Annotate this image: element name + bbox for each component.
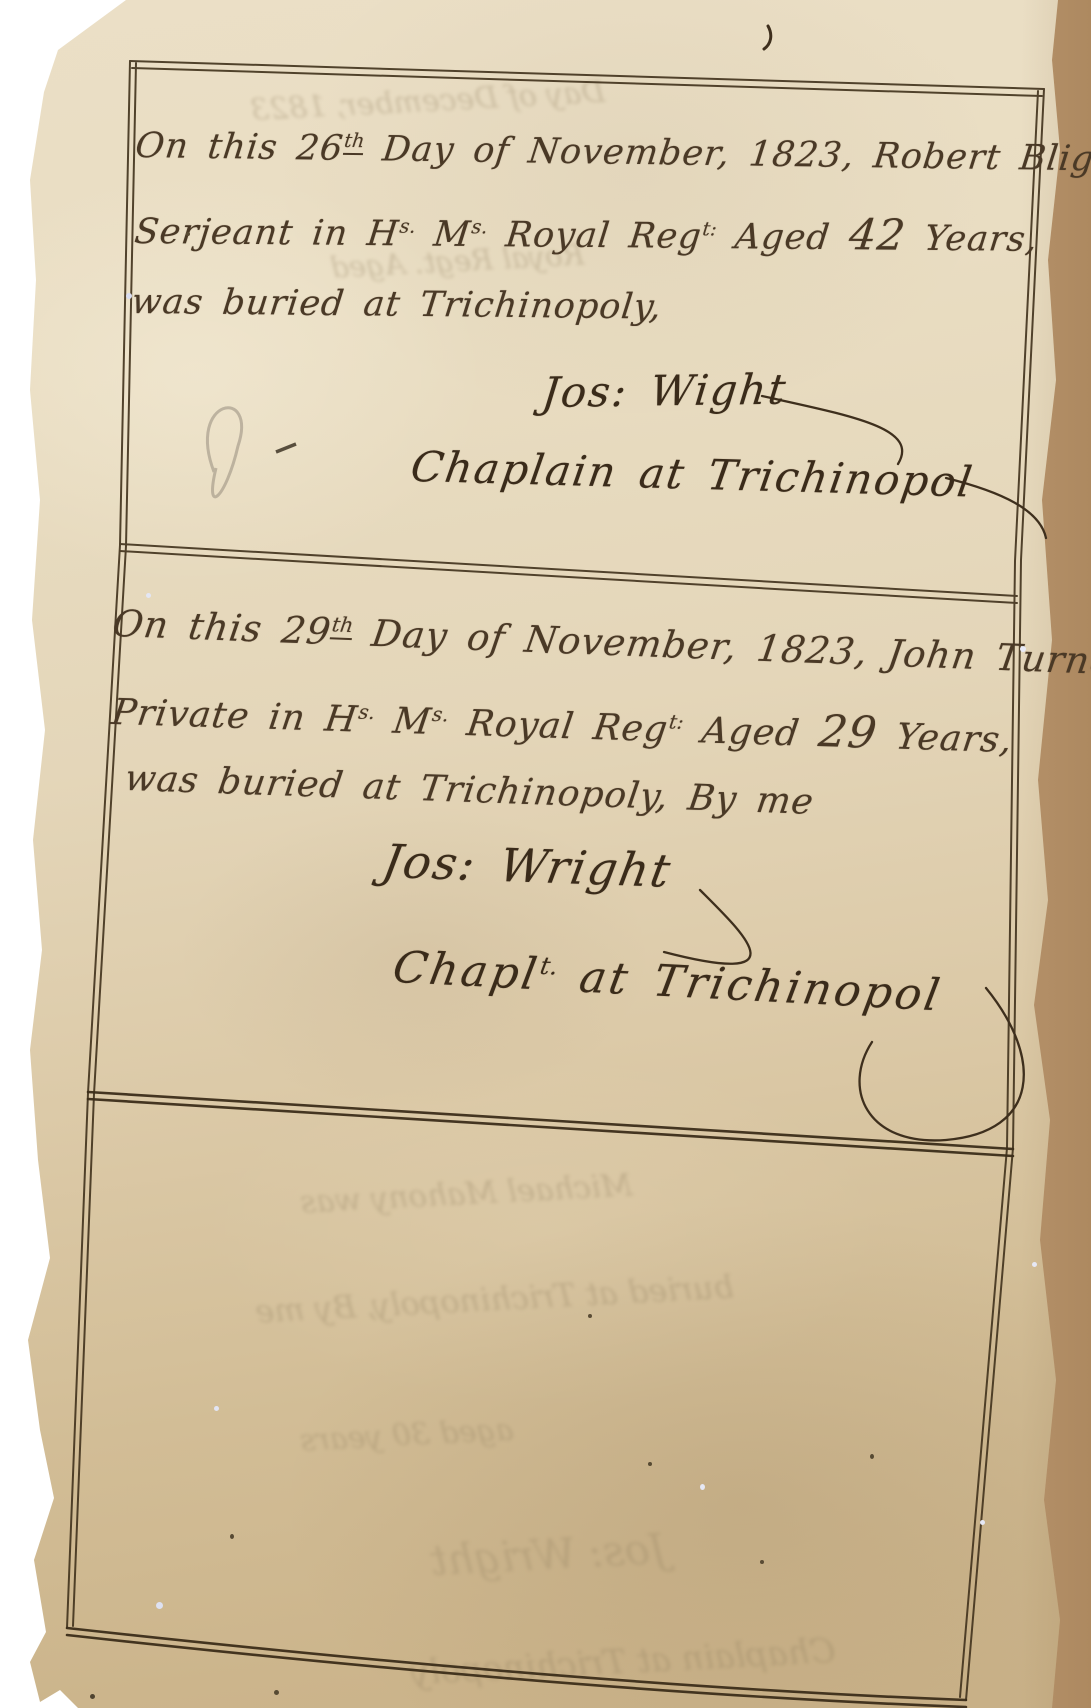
entry-1-regiment-text-2: Royal Reg [484,215,704,257]
ink-speck [90,1694,95,1699]
entry-1-age-value: 42 [847,210,909,260]
entry-2-age-unit: Years, [874,716,1016,761]
entry-1-signature: Jos: Wight [540,365,790,417]
pinhole [980,1520,985,1525]
ink-speck [186,232,190,236]
entry-1-age-unit: Years, [903,219,1040,260]
ink-speck [870,1454,874,1459]
entry-1-age-label: Aged [714,217,852,258]
entry-1-date-text: On this 26 [133,126,346,169]
entry-2-regiment-text-2: Royal Reg [445,703,671,751]
pinhole [1032,1262,1037,1267]
ink-speck [230,1534,234,1539]
entry-1-line-3: was buried at Trichinopoly, [129,282,664,328]
chaplain-title: Chaplain [408,442,621,497]
entry-2-age-value: 29 [816,706,881,759]
pinhole [700,1484,705,1490]
pinhole [156,1602,163,1609]
ink-speck [648,1462,652,1466]
entry-1-regiment-text: M [412,214,473,254]
entry-2-age-label: Aged [680,710,822,755]
entry-2-regiment-text: M [371,700,434,743]
entry-1-line-2: Serjeant in Hs. Ms. Royal Regt: Aged 42 … [132,204,1041,262]
scanned-register-page: Day of December, 1823 Royal Regt. Aged M… [0,0,1091,1708]
pinhole [1020,646,1026,652]
entry-2-date-text: On this 29 [110,602,334,653]
entry-2-rank-text: Private in H [109,692,360,741]
pinhole [214,1406,219,1411]
pinhole [126,293,132,299]
entry-1-rank-text: Serjeant in H [133,212,402,254]
chaplain-title: Chapl [389,942,543,1000]
ink-speck [588,1314,592,1318]
ink-speck [760,1560,764,1564]
entry-2-signature: Jos: Wright [379,834,677,898]
pinhole [146,593,151,598]
ink-speck [274,1690,279,1695]
chaplain-place: at Trichinopol [614,448,977,507]
